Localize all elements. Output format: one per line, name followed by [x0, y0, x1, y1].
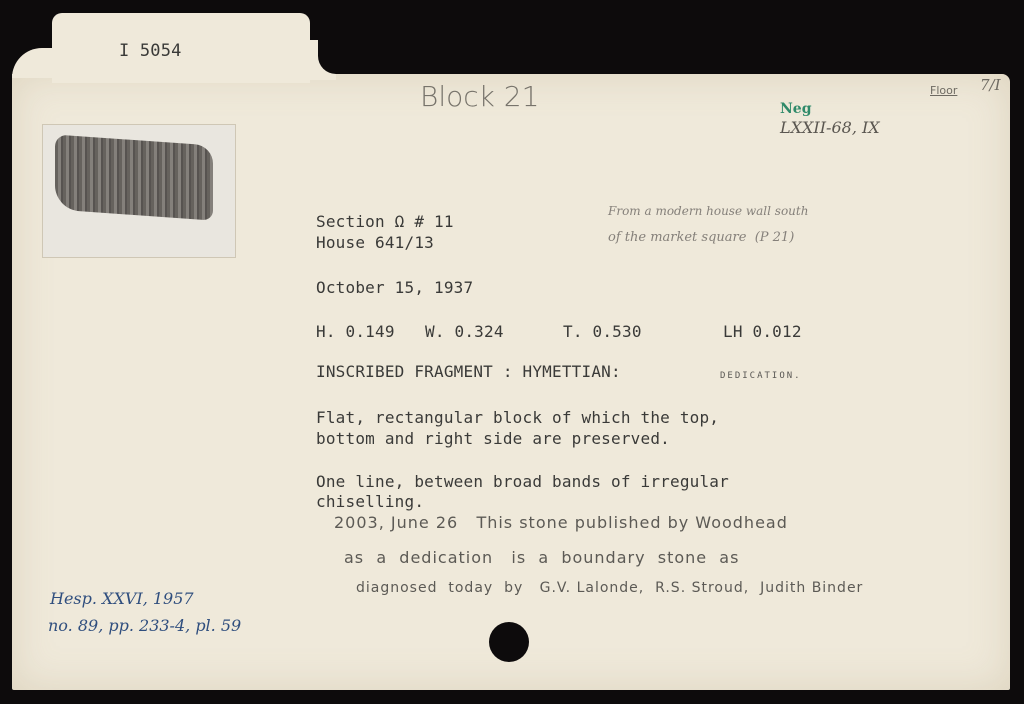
later-note-line1: 2003, June 26 This stone published by Wo… [334, 513, 788, 532]
section-field: Section Ω # 11 [316, 212, 454, 231]
card-tab-edge [12, 48, 56, 78]
negative-reference: Neg LXXII-68, IX [772, 82, 880, 138]
floor-label: Floor [930, 84, 957, 97]
dimension-width: W. 0.324 [425, 322, 504, 341]
block-note: Block 21 [420, 80, 539, 113]
punch-hole [489, 622, 529, 662]
date-field: October 15, 1937 [316, 278, 473, 297]
bibliography-line2: no. 89, pp. 233-4, pl. 59 [48, 616, 241, 635]
bibliography-line1: Hesp. XXVI, 1957 [50, 589, 194, 608]
classification: INSCRIBED FRAGMENT : HYMETTIAN: [316, 362, 621, 381]
inscription-line2: chiselling. [316, 492, 424, 511]
floor-fraction: 7/I [980, 76, 1001, 94]
classification-note: DEDICATION. [720, 371, 802, 381]
findspot-note-line2: of the market square (P 21) [608, 230, 794, 245]
negative-value: LXXII-68, IX [780, 118, 880, 137]
inscription-line1: One line, between broad bands of irregul… [316, 472, 729, 491]
card-tab-notch [318, 30, 358, 74]
later-note-line2: as a dedication is a boundary stone as [344, 548, 739, 567]
description-line2: bottom and right side are preserved. [316, 429, 670, 448]
description-line1: Flat, rectangular block of which the top… [316, 408, 719, 427]
dimension-height: H. 0.149 [316, 322, 395, 341]
findspot-note-line1: From a modern house wall south [608, 204, 808, 218]
dimension-letter-height: LH 0.012 [723, 322, 802, 341]
artifact-photo [42, 124, 236, 258]
stone-fragment-image [55, 134, 213, 220]
dimension-thickness: T. 0.530 [563, 322, 642, 341]
inventory-number: I 5054 [119, 41, 182, 61]
later-note-line3: diagnosed today by G.V. Lalonde, R.S. St… [356, 580, 863, 596]
negative-label: Neg [780, 101, 812, 117]
house-field: House 641/13 [316, 233, 434, 252]
